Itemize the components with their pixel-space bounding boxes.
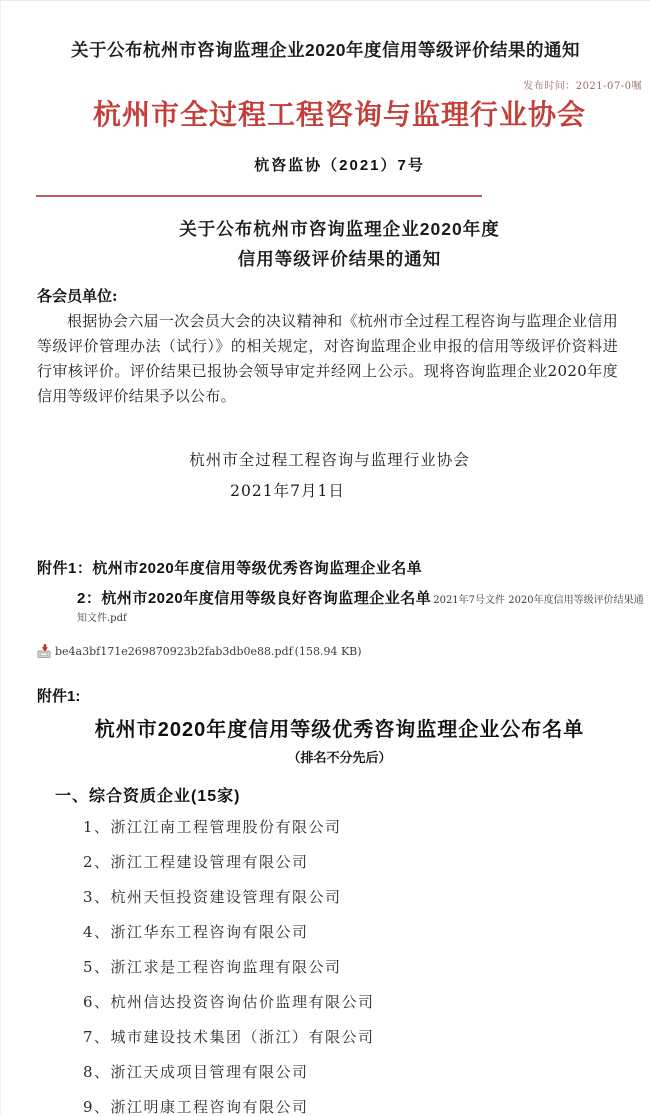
attachment-file-row[interactable]: be4a3bf171e269870923b2fab3db0e88.pdf (15…: [37, 643, 650, 659]
attachment-list-item-1: 附件1：杭州市2020年度信用等级优秀咨询监理企业名单: [37, 557, 650, 578]
download-icon: [37, 643, 53, 659]
org-title: 杭州市全过程工程咨询与监理行业协会: [15, 93, 650, 133]
company-list-item: 8、浙江天成项目管理有限公司: [83, 1064, 650, 1080]
attachment-list-item-2: 2：杭州市2020年度信用等级良好咨询监理企业名单2021年7号文件 2020年…: [77, 587, 650, 625]
company-list: 1、浙江江南工程管理股份有限公司 2、浙江工程建设管理有限公司 3、杭州天恒投资…: [1, 819, 650, 1115]
attachment-2-label: 2：杭州市2020年度信用等级良好咨询监理企业名单: [77, 590, 431, 607]
annex-title: 杭州市2020年度信用等级优秀咨询监理企业公布名单: [15, 713, 650, 742]
salutation: 各会员单位:: [37, 285, 650, 306]
notice-heading-line2: 信用等级评价结果的通知: [15, 244, 650, 274]
red-divider: [36, 195, 482, 197]
signature-date: 2021年7月1日: [0, 479, 612, 501]
company-list-item: 4、浙江华东工程咨询有限公司: [83, 924, 650, 940]
notice-page: 关于公布杭州市咨询监理企业2020年度信用等级评价结果的通知 发布时间：2021…: [1, 1, 650, 1115]
company-list-item: 1、浙江江南工程管理股份有限公司: [83, 819, 650, 835]
annex-label: 附件1:: [37, 685, 650, 706]
section-title: 一、综合资质企业(15家): [55, 783, 650, 806]
company-list-item: 3、杭州天恒投资建设管理有限公司: [83, 889, 650, 905]
attachment-file-link[interactable]: be4a3bf171e269870923b2fab3db0e88.pdf: [55, 645, 293, 658]
company-list-item: 2、浙江工程建设管理有限公司: [83, 854, 650, 870]
company-list-item: 7、城市建设技术集团（浙江）有限公司: [83, 1029, 650, 1045]
company-list-item: 5、浙江求是工程咨询监理有限公司: [83, 959, 650, 975]
notice-heading-line1: 关于公布杭州市咨询监理企业2020年度: [15, 214, 650, 244]
signature-org: 杭州市全过程工程咨询与监理行业协会: [5, 448, 650, 470]
notice-body-paragraph: 根据协会六届一次会员大会的决议精神和《杭州市全过程工程咨询与监理企业信用等级评价…: [37, 309, 618, 409]
doc-number: 杭咨监协（2021）7号: [15, 154, 650, 175]
annex-subtitle: （排名不分先后）: [15, 747, 650, 766]
attachment-file-size: (158.94 KB): [295, 645, 362, 658]
company-list-item: 6、杭州信达投资咨询估价监理有限公司: [83, 994, 650, 1010]
page-title: 关于公布杭州市咨询监理企业2020年度信用等级评价结果的通知: [1, 1, 650, 62]
notice-heading: 关于公布杭州市咨询监理企业2020年度 信用等级评价结果的通知: [15, 214, 650, 274]
company-list-item: 9、浙江明康工程咨询有限公司: [83, 1099, 650, 1115]
publish-time: 发布时间：2021-07-0嘱: [1, 77, 650, 92]
